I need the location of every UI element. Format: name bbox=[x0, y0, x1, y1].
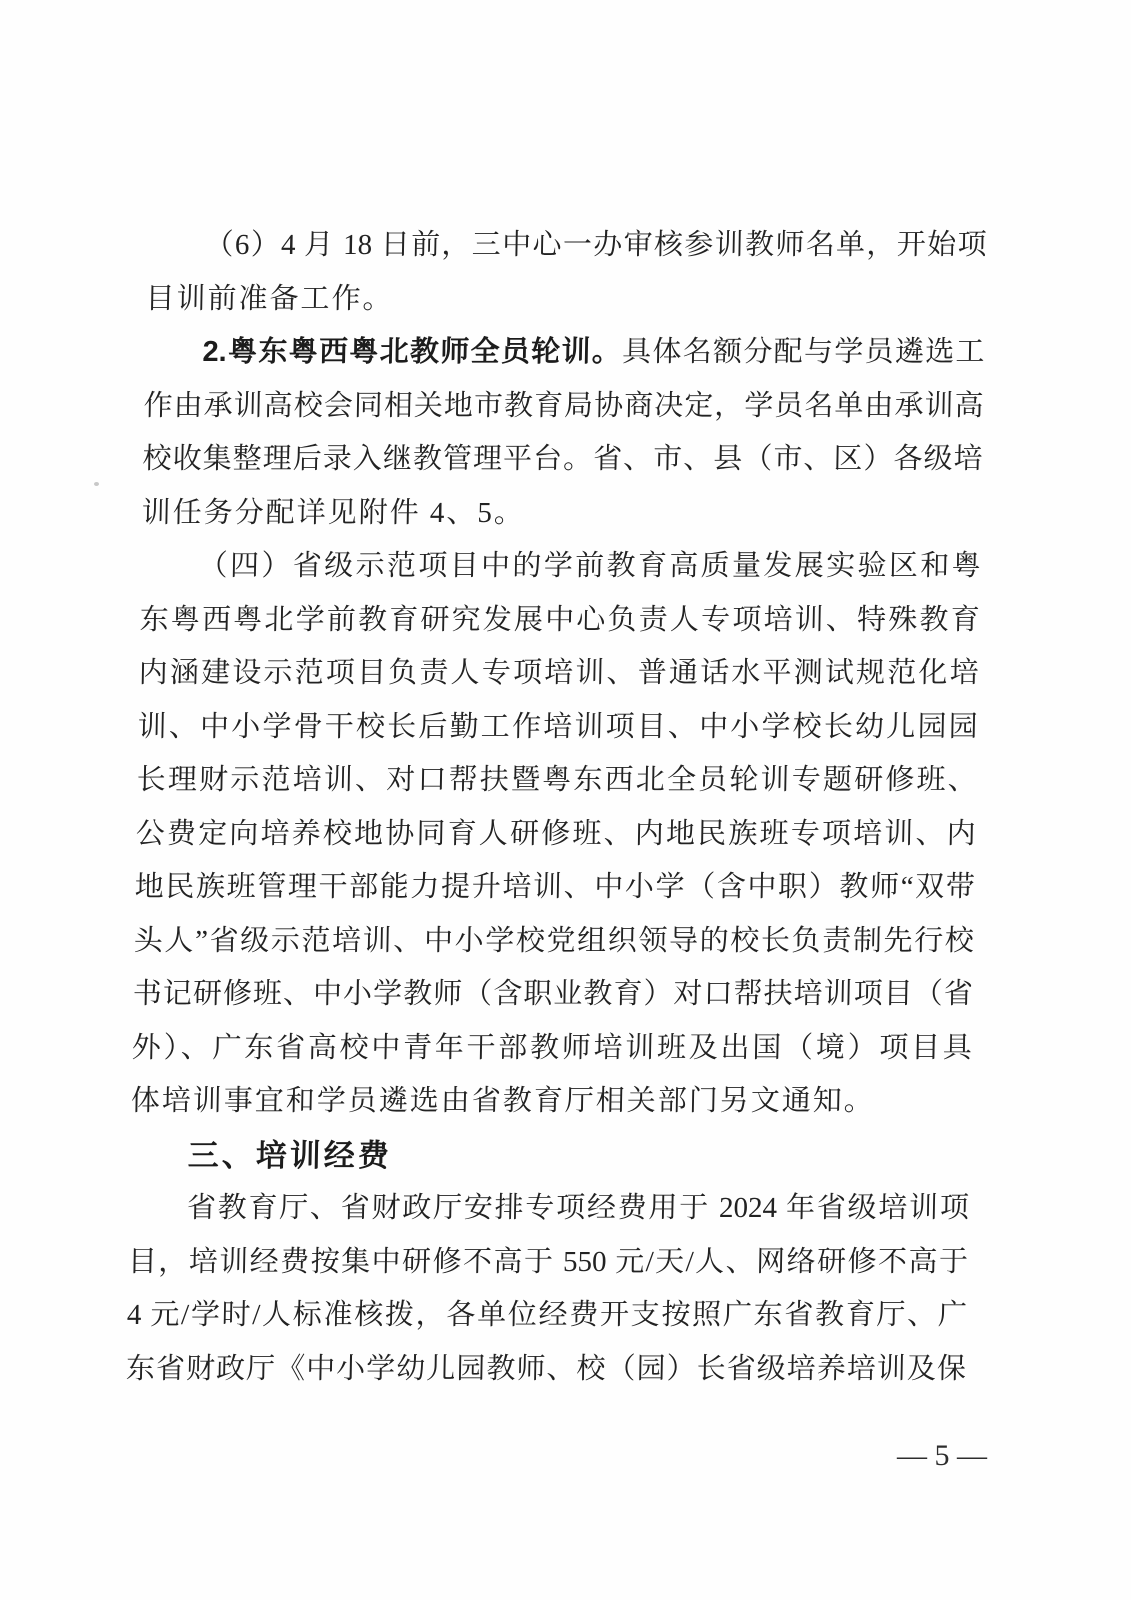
bold-run: 2.粤东粤西粤北教师全员轮训。 bbox=[202, 336, 622, 368]
text-line: 训、中小学骨干校长后勤工作培训项目、中小学校长幼儿园园 bbox=[137, 701, 978, 755]
text-line: 作由承训高校会同相关地市教育局协商决定，学员名单由承训高 bbox=[143, 380, 984, 434]
text-line: 长理财示范培训、对口帮扶暨粤东西北全员轮训专题研修班、 bbox=[136, 754, 977, 808]
page-number: — 5 — bbox=[897, 1438, 987, 1474]
scan-artifact bbox=[94, 482, 99, 486]
text-line: 目，培训经费按集中研修不高于 550 元/天/人、网络研修不高于 bbox=[127, 1236, 968, 1290]
text-line: （四）省级示范项目中的学前教育高质量发展实验区和粤 bbox=[140, 540, 981, 594]
text-line: 东省财政厅《中小学幼儿园教师、校（园）长省级培养培训及保 bbox=[125, 1343, 966, 1397]
text-line: 内涵建设示范项目负责人专项培训、普通话水平测试规范化培 bbox=[138, 647, 979, 701]
text-line: 2.粤东粤西粤北教师全员轮训。具体名额分配与学员遴选工 bbox=[144, 326, 985, 380]
text-line: 地民族班管理干部能力提升培训、中小学（含中职）教师“双带 bbox=[134, 861, 975, 915]
text-line: 目训前准备工作。 bbox=[145, 273, 986, 327]
text-line: 训任务分配详见附件 4、5。 bbox=[141, 487, 982, 541]
text-line: 体培训事宜和学员遴选由省教育厅相关部门另文通知。 bbox=[130, 1075, 971, 1129]
section-heading: 三、培训经费 bbox=[129, 1129, 970, 1183]
text-line: （6）4 月 18 日前，三中心一办审核参训教师名单，开始项 bbox=[146, 219, 987, 273]
text-line: 校收集整理后录入继教管理平台。省、市、县（市、区）各级培 bbox=[142, 433, 983, 487]
text-line: 书记研修班、中小学教师（含职业教育）对口帮扶培训项目（省 bbox=[132, 968, 973, 1022]
text-line: 省教育厅、省财政厅安排专项经费用于 2024 年省级培训项 bbox=[128, 1182, 969, 1236]
text-line: 公费定向培养校地协同育人研修班、内地民族班专项培训、内 bbox=[135, 808, 976, 862]
document-body: （6）4 月 18 日前，三中心一办审核参训教师名单，开始项目训前准备工作。2.… bbox=[125, 219, 987, 1396]
document-page: （6）4 月 18 日前，三中心一办审核参训教师名单，开始项目训前准备工作。2.… bbox=[0, 0, 1131, 1600]
text-line: 东粤西粤北学前教育研究发展中心负责人专项培训、特殊教育 bbox=[139, 594, 980, 648]
text-line: 头人”省级示范培训、中小学校党组织领导的校长负责制先行校 bbox=[133, 915, 974, 969]
text-line: 4 元/学时/人标准核拨，各单位经费开支按照广东省教育厅、广 bbox=[126, 1289, 967, 1343]
text-line: 外）、广东省高校中青年干部教师培训班及出国（境）项目具 bbox=[131, 1022, 972, 1076]
